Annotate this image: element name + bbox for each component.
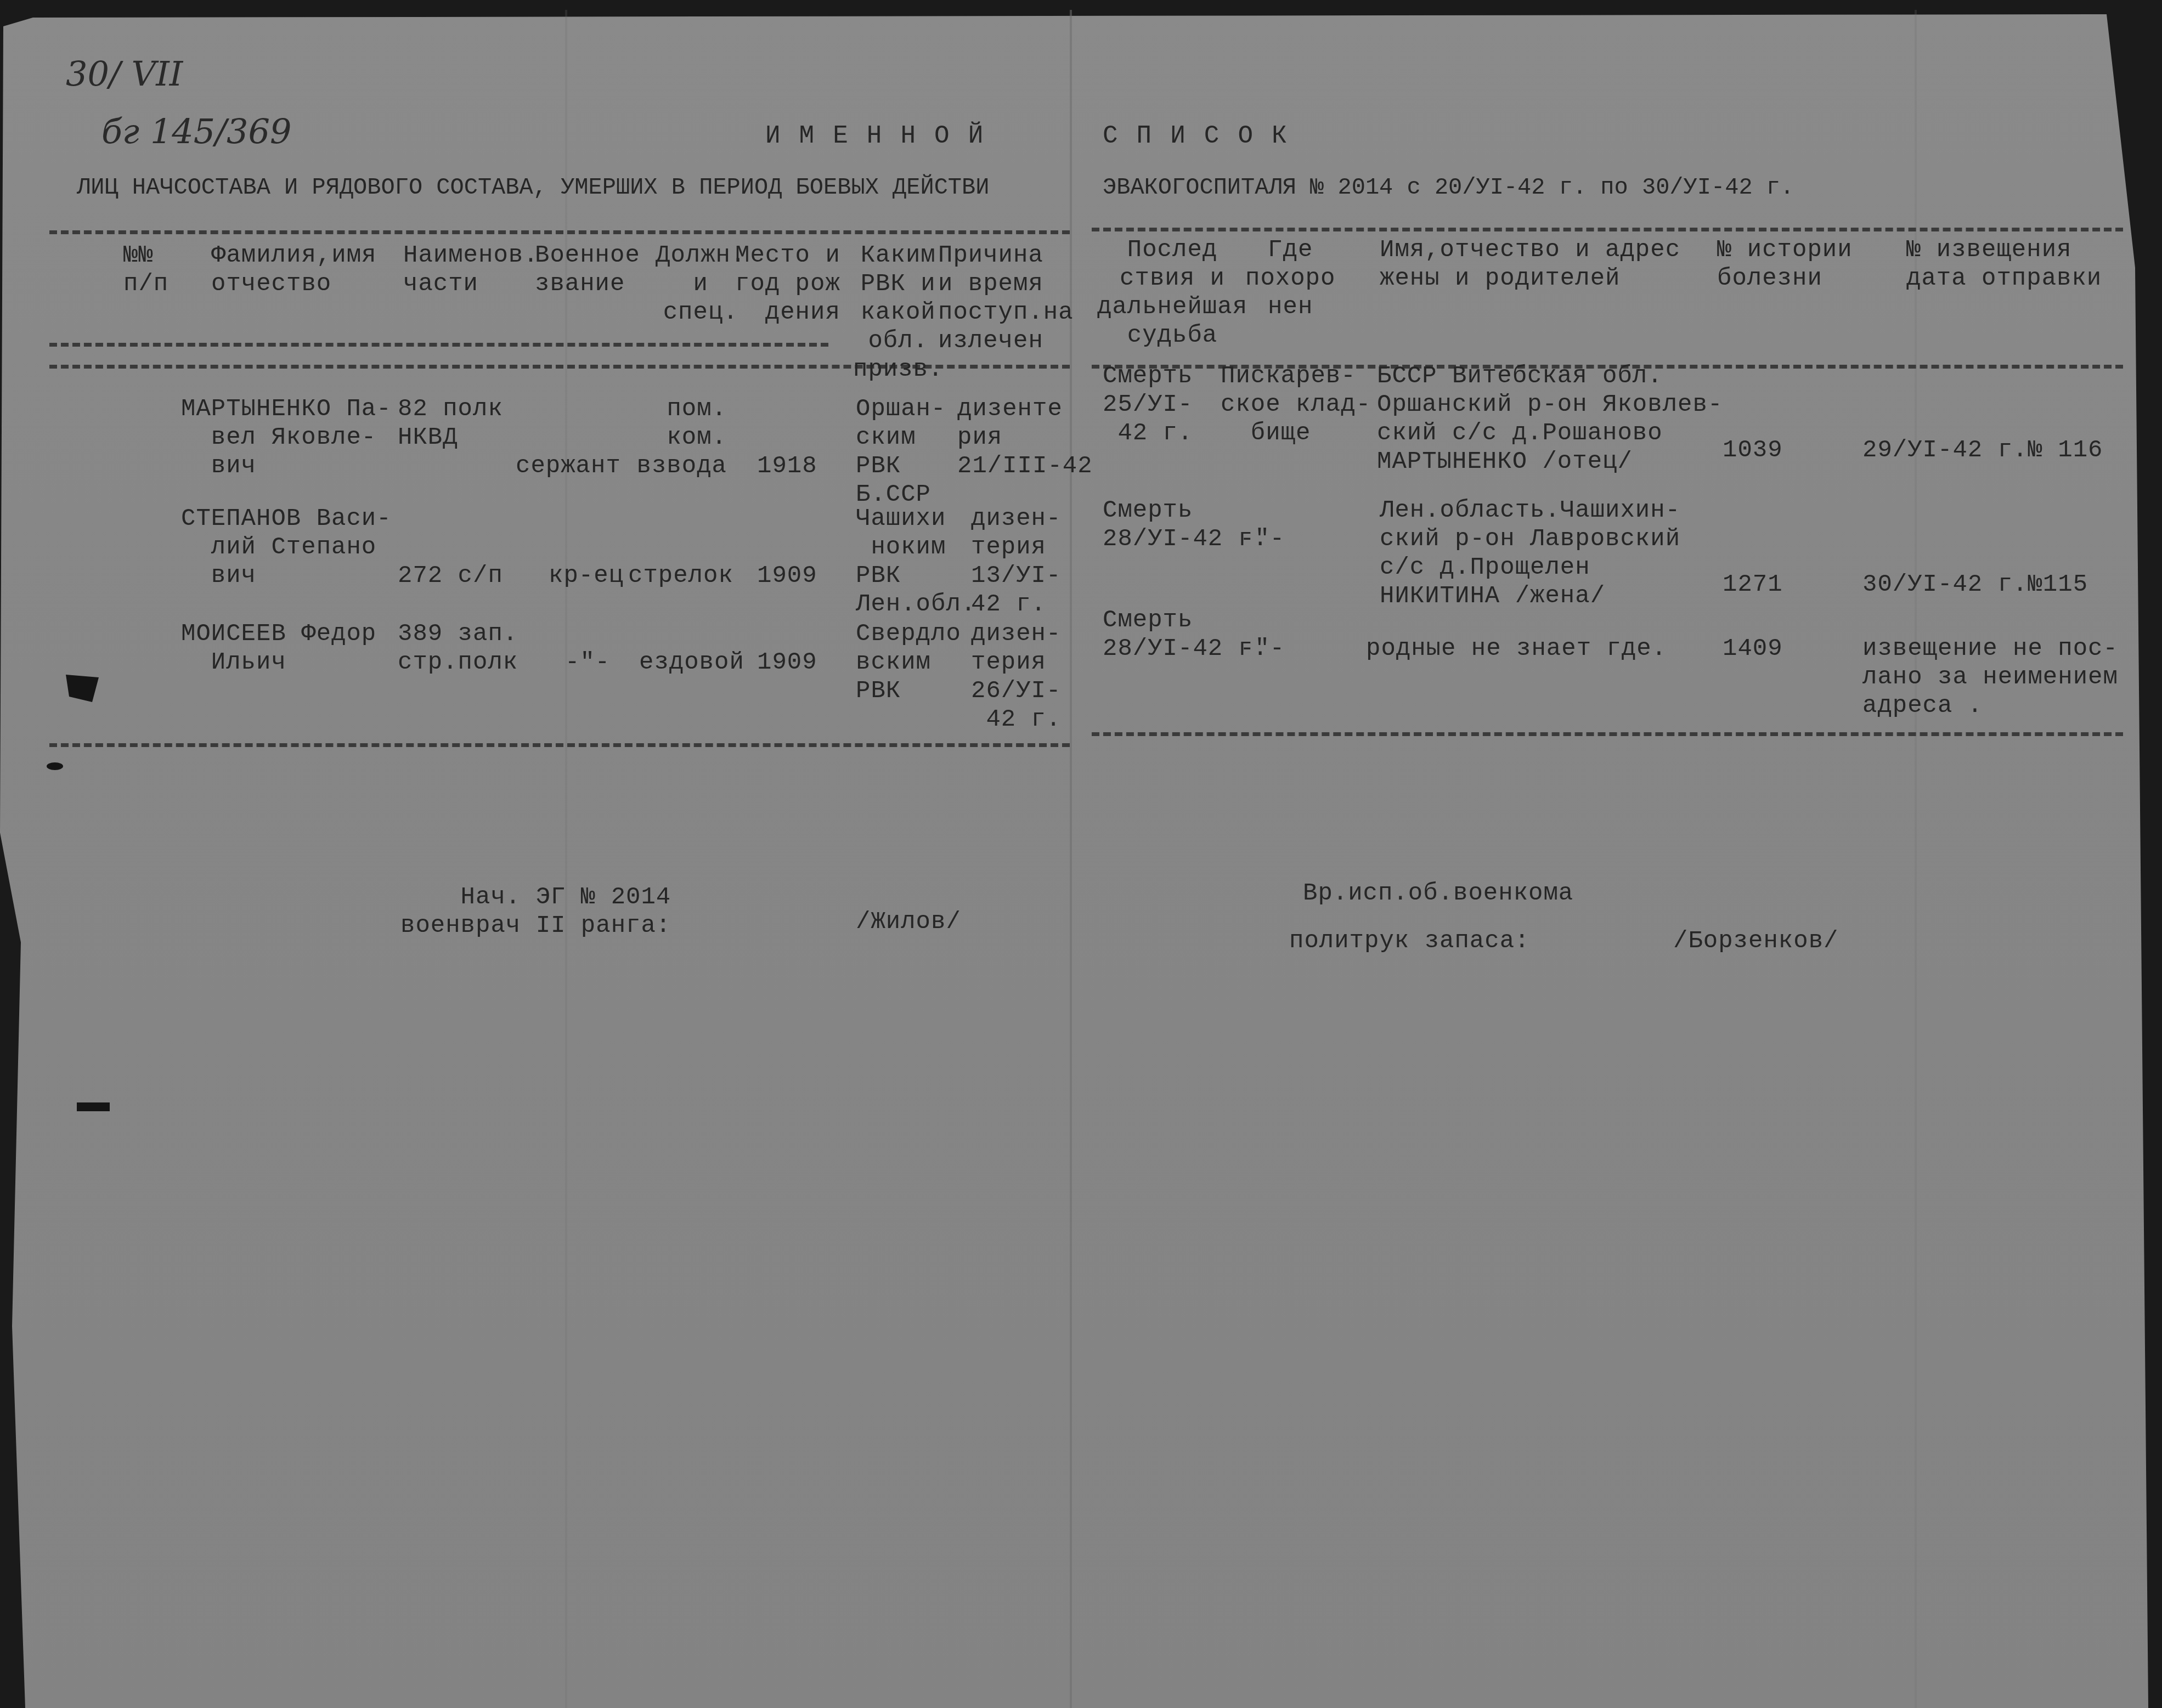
cell-relatives: родные не знает где. [1366,606,1667,663]
col-header-history: № истории болезни [1717,236,1853,293]
archive-mark-2: бг 145/369 [101,112,291,151]
cell-birth: 1909 [757,505,817,590]
col-header-num: №№ п/п [123,241,168,298]
archive-mark-1: 30/ VII [66,55,183,93]
signature-name-right: /Борзенков/ [1673,927,1838,955]
cell-unit: 389 зап. стр.полк [398,620,518,677]
cell-history: 1039 [1723,436,1783,465]
cell-name: МОИСЕЕВ Федор Ильич [181,620,376,677]
rule-bottom-right [1092,732,2123,736]
cell-name: МАРТЫНЕНКО Па- вел Яковле- вич [181,395,392,480]
subtitle-left: ЛИЦ НАЧСОСТАВА И РЯДОВОГО СОСТАВА, УМЕРШ… [77,173,989,202]
col-header-unit: Наименов. части [403,241,539,298]
subtitle-right: ЭВАКОГОСПИТАЛЯ № 2014 с 20/УI-42 г. по 3… [1103,173,1794,202]
col-header-relatives: Имя,отчество и адрес жены и родителей [1380,236,1680,293]
signature-title-right-1: Вр.исп.об.военкома [1303,879,1573,908]
cell-notice: 30/УI-42 г.№115 [1862,570,2088,599]
col-header-buried: Где похоро нен [1245,236,1335,321]
cell-notice: извещение не пос- лано за неимением адре… [1862,606,2118,720]
cell-draft: Чашихи ноким РВК Лен.обл. [856,505,976,619]
cell-position: пом. ком. взвода [623,395,727,480]
cell-position: ездовой [639,620,744,677]
signature-title-left: Нач. ЭГ № 2014 военврач II ранга: [400,883,671,940]
cell-birth: 1918 [757,395,817,480]
cell-relatives: Лен.область.Чашихин- ский р-он Лавровски… [1380,496,1680,610]
cell-cause: дизен- терия 13/УI- 42 г. [971,505,1061,619]
cell-notice: 29/УI-42 г.№ 116 [1862,436,2103,465]
col-header-rank: Военное звание [535,241,640,298]
signature-name-left: /Жилов/ [856,908,961,936]
cell-history: 1409 [1723,606,1783,663]
cell-name: СТЕПАНОВ Васи- лий Степано вич [181,505,392,590]
cell-birth: 1909 [757,620,817,677]
cell-relatives: БССР Витебская обл. Оршанский р-он Яковл… [1377,362,1723,476]
rule-bottom-left [49,743,1070,747]
scan-background: 30/ VII бг 145/369 ИМЕННОЙ СПИСОК ЛИЦ НА… [0,0,2162,1708]
cell-unit: 272 с/п [398,505,503,590]
cell-buried: Пискарев- ское клад- бище [1221,362,1371,448]
col-header-cause: Причина и время поступ.на излечен [938,241,1074,355]
cell-rank: -"- [565,620,610,677]
cell-draft: Свердло вским РВК [856,620,961,705]
rule-top-left [49,230,1070,234]
cell-buried: -"- [1240,496,1285,553]
signature-title-right-2: политрук запаса: [1289,927,1529,955]
cell-cause: дизенте рия 21/III-42 [957,395,1093,480]
cell-history: 1271 [1723,570,1783,599]
punch-hole [77,1102,110,1111]
cell-cause: дизен- терия 26/УI- 42 г. [971,620,1061,734]
col-header-draft: Каким РВК и какой обл. призв. [853,241,943,384]
rule-top-right [1092,228,2123,231]
col-header-position: Должн. и спец. [656,241,746,327]
col-header-outcome: Послед ствия и дальнейшая судьба [1097,236,1247,350]
cell-outcome: Смерть 25/УI- 42 г. [1103,362,1193,448]
cell-rank: сержант [516,395,621,480]
title-word-1: ИМЕННОЙ [765,122,1002,150]
cell-buried: -"- [1240,606,1285,663]
col-header-birth: Место и год рож дения [735,241,840,327]
punch-hole [47,762,63,770]
cell-unit: 82 полк НКВД [398,395,503,452]
title-word-2: СПИСОК [1103,122,1306,150]
col-header-name: Фамилия,имя отчество [211,241,376,298]
cell-draft: Оршан- ским РВК Б.ССР [856,395,946,509]
rule-header-left [49,343,828,347]
cell-position: стрелок [628,505,733,590]
cell-rank: кр-ец [549,505,624,590]
col-header-notice: № извещения дата отправки [1906,236,2102,293]
